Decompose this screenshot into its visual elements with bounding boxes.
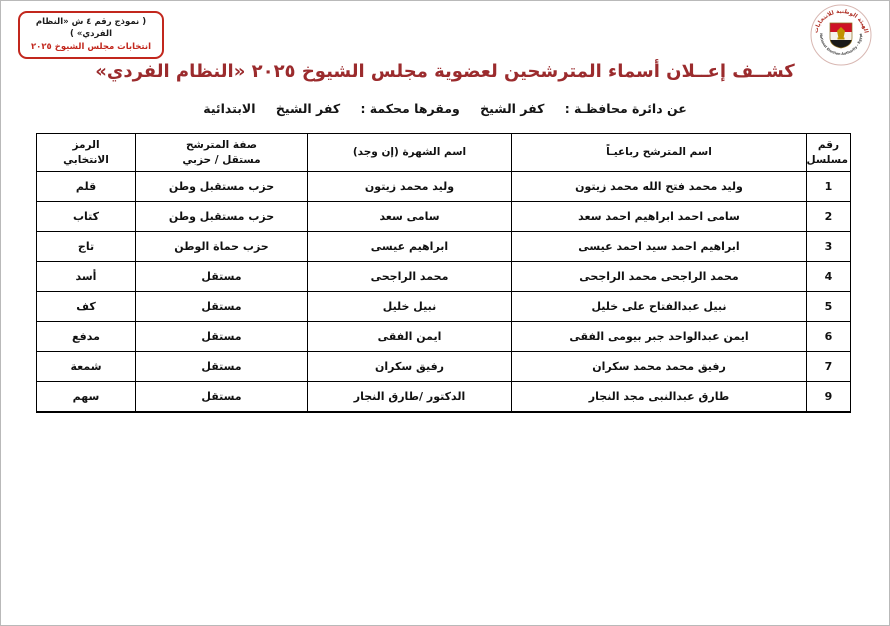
cell-symbol: تاج <box>37 232 136 262</box>
cell-symbol: سهم <box>37 382 136 413</box>
cell-serial: 7 <box>807 352 851 382</box>
form-number-line: ( نموذج رقم ٤ ش «النظام الفردي» ) <box>23 16 159 41</box>
cell-serial: 2 <box>807 202 851 232</box>
cell-alias: رفيق سكران <box>308 352 512 382</box>
cell-candidate-name: نبيل عبدالفتاح على خليل <box>512 292 807 322</box>
header-capacity: صفة المترشح مستقل / حزبي <box>136 134 308 172</box>
district-line: عن دائرة محافظـة : كفر الشيخ ومقرها محكم… <box>1 101 889 116</box>
header-candidate-name: اسم المترشح رباعيـاً <box>512 134 807 172</box>
table-row: 6 ايمن عبدالواحد جبر بيومى الفقى ايمن ال… <box>37 322 851 352</box>
national-election-authority-logo: الهيئة الوطنية للانتخابات National Elect… <box>810 4 872 66</box>
cell-capacity: مستقل <box>136 292 308 322</box>
cell-candidate-name: طارق عبدالنبى مجد النجار <box>512 382 807 413</box>
cell-capacity: مستقل <box>136 352 308 382</box>
court-label: ومقرها محكمة : <box>360 101 459 116</box>
header-alias: اسم الشهرة (إن وجد) <box>308 134 512 172</box>
cell-alias: محمد الراجحى <box>308 262 512 292</box>
header-symbol: الرمز الانتخابي <box>37 134 136 172</box>
cell-symbol: كتاب <box>37 202 136 232</box>
table-row: 5 نبيل عبدالفتاح على خليل نبيل خليل مستق… <box>37 292 851 322</box>
cell-candidate-name: ايمن عبدالواحد جبر بيومى الفقى <box>512 322 807 352</box>
table-row: 7 رفيق محمد محمد سكران رفيق سكران مستقل … <box>37 352 851 382</box>
page-title: كشــف إعــلان أسماء المترشحين لعضوية مجل… <box>1 61 889 82</box>
table-row: 2 سامى احمد ابراهيم احمد سعد سامى سعد حز… <box>37 202 851 232</box>
court-value: كفر الشيخ <box>276 101 340 116</box>
table-row: 1 وليد محمد فتح الله محمد زيتون وليد محم… <box>37 172 851 202</box>
table-row: 3 ابراهيم احمد سيد احمد عيسى ابراهيم عيس… <box>37 232 851 262</box>
cell-symbol: مدفع <box>37 322 136 352</box>
cell-capacity: مستقل <box>136 322 308 352</box>
authority-emblem-icon: الهيئة الوطنية للانتخابات National Elect… <box>810 4 872 66</box>
table-row: 9 طارق عبدالنبى مجد النجار الدكتور /طارق… <box>37 382 851 413</box>
header-serial: رقم مسلسل <box>807 134 851 172</box>
cell-serial: 1 <box>807 172 851 202</box>
table-row: 4 محمد الراجحى محمد الراجحى محمد الراجحى… <box>37 262 851 292</box>
cell-candidate-name: ابراهيم احمد سيد احمد عيسى <box>512 232 807 262</box>
candidates-table: رقم مسلسل اسم المترشح رباعيـاً اسم الشهر… <box>36 133 851 413</box>
district-value: كفر الشيخ <box>480 101 544 116</box>
cell-alias: ابراهيم عيسى <box>308 232 512 262</box>
cell-candidate-name: محمد الراجحى محمد الراجحى <box>512 262 807 292</box>
form-number-box: ( نموذج رقم ٤ ش «النظام الفردي» ) انتخاب… <box>18 11 164 59</box>
cell-capacity: مستقل <box>136 382 308 413</box>
court-type-value: الابتدائية <box>203 101 255 116</box>
cell-serial: 6 <box>807 322 851 352</box>
cell-alias: نبيل خليل <box>308 292 512 322</box>
cell-serial: 4 <box>807 262 851 292</box>
document-page: ( نموذج رقم ٤ ش «النظام الفردي» ) انتخاب… <box>0 0 890 626</box>
cell-symbol: أسد <box>37 262 136 292</box>
cell-alias: الدكتور /طارق النجار <box>308 382 512 413</box>
cell-alias: وليد محمد زيتون <box>308 172 512 202</box>
table-header-row: رقم مسلسل اسم المترشح رباعيـاً اسم الشهر… <box>37 134 851 172</box>
cell-serial: 9 <box>807 382 851 413</box>
cell-alias: ايمن الفقى <box>308 322 512 352</box>
cell-capacity: حزب مستقبل وطن <box>136 172 308 202</box>
candidates-table-container: رقم مسلسل اسم المترشح رباعيـاً اسم الشهر… <box>36 133 851 413</box>
cell-symbol: كف <box>37 292 136 322</box>
cell-candidate-name: وليد محمد فتح الله محمد زيتون <box>512 172 807 202</box>
cell-candidate-name: رفيق محمد محمد سكران <box>512 352 807 382</box>
cell-symbol: قلم <box>37 172 136 202</box>
election-name-line: انتخابات مجلس الشيوخ ٢٠٢٥ <box>23 41 159 53</box>
cell-symbol: شمعة <box>37 352 136 382</box>
cell-capacity: حزب مستقبل وطن <box>136 202 308 232</box>
cell-capacity: حزب حماة الوطن <box>136 232 308 262</box>
cell-alias: سامى سعد <box>308 202 512 232</box>
cell-candidate-name: سامى احمد ابراهيم احمد سعد <box>512 202 807 232</box>
cell-capacity: مستقل <box>136 262 308 292</box>
cell-serial: 3 <box>807 232 851 262</box>
cell-serial: 5 <box>807 292 851 322</box>
district-label: عن دائرة محافظـة : <box>565 101 687 116</box>
